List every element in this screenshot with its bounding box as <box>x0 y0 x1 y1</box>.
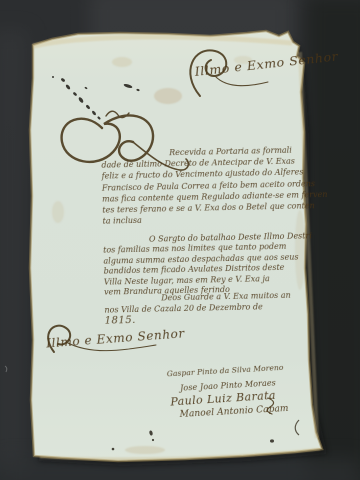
closing-salutation: Illmo e Exmo Senhor <box>46 326 185 350</box>
photographed-letter-scene: Illmo e Exmo Senhor Recevida a Portaria … <box>0 0 360 480</box>
manuscript-text-layer: Illmo e Exmo Senhor Recevida a Portaria … <box>0 0 360 480</box>
closing-block: Deos Guarde a V. Exa muitos an nos Villa… <box>104 291 291 327</box>
body-paragraph-2: O Sargto do batalhao Deste Illmo Destri … <box>103 231 313 298</box>
endorsement-line: Gaspar Pinto da Silva Moreno <box>167 363 284 379</box>
body-paragraph-1: Recevida a Portaria as formali dade de u… <box>101 144 328 227</box>
closing-date-year: 1815. <box>105 312 292 327</box>
manuscript-heading: Illmo e Exmo Senhor <box>194 48 339 78</box>
